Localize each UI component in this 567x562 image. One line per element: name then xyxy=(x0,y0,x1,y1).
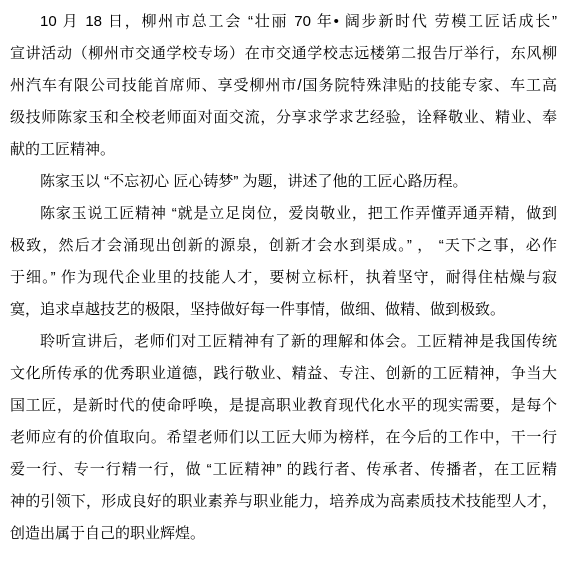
article-body: 10 月 18 日，柳州市总工会 “壮丽 70 年• 阔步新时代 劳模工匠话成长… xyxy=(10,6,557,550)
text-line: 国工匠，是新时代的使命呼唤，是提高职业教育现代化水平的现实需要，是每个 xyxy=(10,390,557,422)
paragraph: 陈家玉说工匠精神 “就是立足岗位，爱岗敬业，把工作弄懂弄通弄精，做到极致，然后才… xyxy=(10,198,557,326)
text-line: 极致，然后才会涌现出创新的源泉，创新才会水到渠成。” ， “天下之事，必作 xyxy=(10,230,557,262)
paragraph: 陈家玉以 “不忘初心 匠心铸梦” 为题，讲述了他的工匠心路历程。 xyxy=(10,166,557,198)
text-line: 级技师陈家玉和全校老师面对面交流，分享求学求艺经验，诠释敬业、精业、奉 xyxy=(10,102,557,134)
text-line: 老师应有的价值取向。希望老师们以工匠大师为榜样，在今后的工作中，干一行 xyxy=(10,422,557,454)
paragraph: 10 月 18 日，柳州市总工会 “壮丽 70 年• 阔步新时代 劳模工匠话成长… xyxy=(10,6,557,166)
text-line: 寞，追求卓越技艺的极限，坚持做好每一件事情，做细、做精、做到极致。 xyxy=(10,294,557,326)
text-line: 神的引领下，形成良好的职业素养与职业能力，培养成为高素质技术技能型人才， xyxy=(10,486,557,518)
text-line: 文化所传承的优秀职业道德，践行敬业、精益、专注、创新的工匠精神，争当大 xyxy=(10,358,557,390)
text-line: 陈家玉说工匠精神 “就是立足岗位，爱岗敬业，把工作弄懂弄通弄精，做到 xyxy=(10,198,557,230)
paragraph: 聆听宣讲后，老师们对工匠精神有了新的理解和体会。工匠精神是我国传统文化所传承的优… xyxy=(10,326,557,550)
text-line: 州汽车有限公司技能首席师、享受柳州市/国务院特殊津贴的技能专家、车工高 xyxy=(10,70,557,102)
text-line: 宣讲活动（柳州市交通学校专场）在市交通学校志远楼第二报告厅举行，东风柳 xyxy=(10,38,557,70)
text-line: 献的工匠精神。 xyxy=(10,134,557,166)
document-page: 10 月 18 日，柳州市总工会 “壮丽 70 年• 阔步新时代 劳模工匠话成长… xyxy=(0,0,567,562)
text-line: 陈家玉以 “不忘初心 匠心铸梦” 为题，讲述了他的工匠心路历程。 xyxy=(10,166,557,198)
text-line: 10 月 18 日，柳州市总工会 “壮丽 70 年• 阔步新时代 劳模工匠话成长… xyxy=(10,6,557,38)
text-line: 爱一行、专一行精一行，做 “工匠精神” 的践行者、传承者、传播者，在工匠精 xyxy=(10,454,557,486)
text-line: 创造出属于自己的职业辉煌。 xyxy=(10,518,557,550)
text-line: 于细。” 作为现代企业里的技能人才，要树立标杆，执着坚守，耐得住枯燥与寂 xyxy=(10,262,557,294)
text-line: 聆听宣讲后，老师们对工匠精神有了新的理解和体会。工匠精神是我国传统 xyxy=(10,326,557,358)
